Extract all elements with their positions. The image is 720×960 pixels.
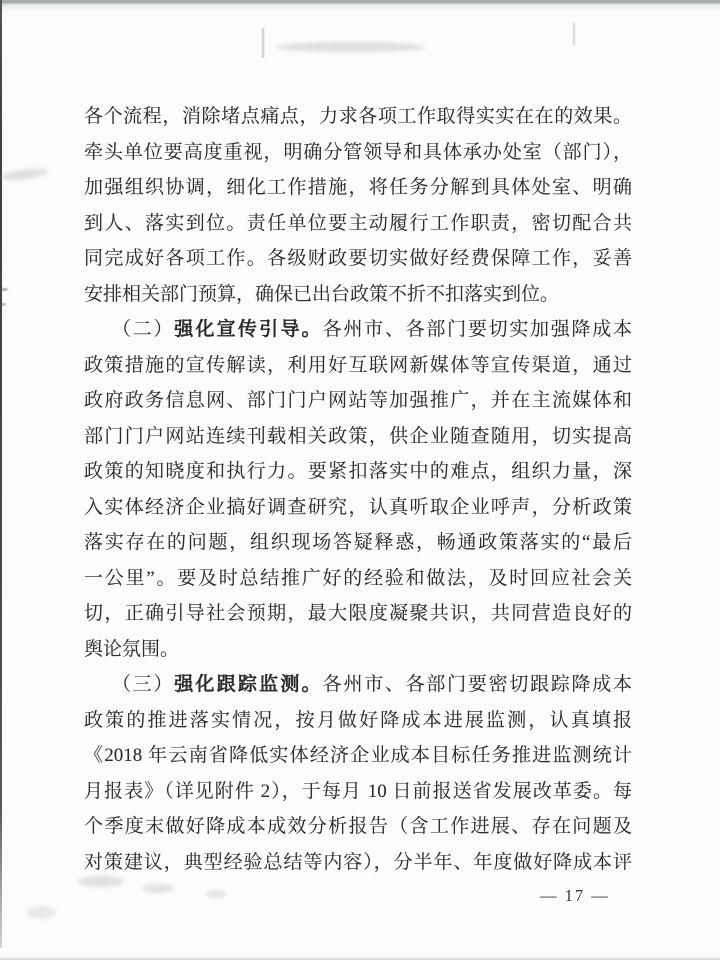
- text-segment: 月报表》（详见附件 2），于每月 10 日前报送省发展改革委。每: [84, 781, 632, 802]
- text-line: 加强组织协调，细化工作措施，将任务分解到具体处室、明确: [84, 170, 632, 206]
- text-segment: 部门门户网站连续刊载相关政策，供企业随查随用，切实提高: [84, 426, 632, 447]
- text-segment: 入实体经济企业搞好调查研究，认真听取企业呼声，分析政策: [84, 497, 632, 518]
- text-segment-bold: 强化宣传引导。: [174, 319, 323, 340]
- text-line: 政府政务信息网、部门门户网站等加强推广，并在主流媒体和: [84, 383, 632, 419]
- scan-smudge-bottom: [142, 884, 174, 893]
- text-segment: 《2018 年云南省降低实体经济企业成本目标任务推进监测统计: [84, 745, 632, 766]
- scan-artifact-bottom-edge: [0, 956, 720, 960]
- text-segment-bold: 强化跟踪监测。: [174, 674, 323, 695]
- text-segment: 安排相关部门预算，确保已出台政策不折不扣落实到位。: [84, 284, 559, 305]
- document-text-block: 各个流程，消除堵点痛点，力求各项工作取得实实在在的效果。牵头单位要高度重视，明确…: [84, 99, 632, 880]
- scan-smudge-top-hairline: [262, 28, 264, 58]
- text-segment: 落实存在的问题，组织现场答疑释惑，畅通政策落实的“最后: [84, 532, 632, 553]
- text-segment: 舆论氛围。: [84, 639, 179, 660]
- text-segment: 政府政务信息网、部门门户网站等加强推广，并在主流媒体和: [84, 390, 632, 411]
- text-line: 落实存在的问题，组织现场答疑释惑，畅通政策落实的“最后: [84, 525, 632, 561]
- text-segment: 加强组织协调，细化工作措施，将任务分解到具体处室、明确: [84, 177, 632, 198]
- text-segment: 各州市、各部门要密切跟踪降成本: [323, 674, 632, 695]
- scan-smudge-bottom: [26, 906, 56, 919]
- text-line: （二）强化宣传引导。各州市、各部门要切实加强降成本: [84, 312, 632, 348]
- text-line: 对策建议，典型经验总结等内容），分半年、年度做好降成本评: [84, 845, 632, 881]
- text-segment: 政策的推进落实情况，按月做好降成本进展监测，认真填报: [84, 710, 632, 731]
- text-line: 部门门户网站连续刊载相关政策，供企业随查随用，切实提高: [84, 419, 632, 455]
- text-line: 到人、落实到位。责任单位要主动履行工作职责，密切配合共: [84, 206, 632, 242]
- text-line: 切，正确引导社会预期，最大限度凝聚共识，共同营造良好的: [84, 596, 632, 632]
- scan-smudge-bottom: [206, 890, 226, 898]
- document-page: 各个流程，消除堵点痛点，力求各项工作取得实实在在的效果。牵头单位要高度重视，明确…: [0, 0, 720, 960]
- text-segment: 牵头单位要高度重视，明确分管领导和具体承办处室（部门），: [84, 142, 632, 163]
- scan-smudge-left-streak: [0, 167, 48, 182]
- text-segment: 对策建议，典型经验总结等内容），分半年、年度做好降成本评: [84, 852, 632, 873]
- text-segment: 同完成好各项工作。各级财政要切实做好经费保障工作，妥善: [84, 248, 632, 269]
- scan-artifact-top-edge: [0, 0, 720, 16]
- text-segment: 政策措施的宣传解读，利用好互联网新媒体等宣传渠道，通过: [84, 355, 632, 376]
- text-line: 月报表》（详见附件 2），于每月 10 日前报送省发展改革委。每: [84, 774, 632, 810]
- page-number: — 17 —: [540, 886, 610, 906]
- scan-smudge-left-mark: [0, 303, 6, 306]
- text-line: 同完成好各项工作。各级财政要切实做好经费保障工作，妥善: [84, 241, 632, 277]
- text-segment: 一公里”。要及时总结推广好的经验和做法，及时回应社会关: [84, 568, 632, 589]
- text-line: 《2018 年云南省降低实体经济企业成本目标任务推进监测统计: [84, 738, 632, 774]
- text-segment: 个季度末做好降成本成效分析报告（含工作进展、存在问题及: [84, 816, 632, 837]
- text-line: 政策的知晓度和执行力。要紧扣落实中的难点，组织力量，深: [84, 454, 632, 490]
- text-segment: （三）: [112, 674, 174, 695]
- scan-smudge-top-streak: [275, 42, 425, 52]
- text-segment: 政策的知晓度和执行力。要紧扣落实中的难点，组织力量，深: [84, 461, 632, 482]
- text-line: 政策的推进落实情况，按月做好降成本进展监测，认真填报: [84, 703, 632, 739]
- text-line: 一公里”。要及时总结推广好的经验和做法，及时回应社会关: [84, 561, 632, 597]
- text-line: 安排相关部门预算，确保已出台政策不折不扣落实到位。: [84, 277, 632, 313]
- scan-artifact-left-edge: [0, 0, 2, 948]
- text-segment: 各州市、各部门要切实加强降成本: [323, 319, 632, 340]
- text-line: 入实体经济企业搞好调查研究，认真听取企业呼声，分析政策: [84, 490, 632, 526]
- text-segment: （二）: [112, 319, 174, 340]
- text-line: 政策措施的宣传解读，利用好互联网新媒体等宣传渠道，通过: [84, 348, 632, 384]
- text-line: 各个流程，消除堵点痛点，力求各项工作取得实实在在的效果。: [84, 99, 632, 135]
- text-segment: 到人、落实到位。责任单位要主动履行工作职责，密切配合共: [84, 213, 632, 234]
- text-line: 牵头单位要高度重视，明确分管领导和具体承办处室（部门），: [84, 135, 632, 171]
- text-line: 个季度末做好降成本成效分析报告（含工作进展、存在问题及: [84, 809, 632, 845]
- text-line: 舆论氛围。: [84, 632, 632, 668]
- text-segment: 切，正确引导社会预期，最大限度凝聚共识，共同营造良好的: [84, 603, 632, 624]
- text-line: （三）强化跟踪监测。各州市、各部门要密切跟踪降成本: [84, 667, 632, 703]
- text-segment: 各个流程，消除堵点痛点，力求各项工作取得实实在在的效果。: [84, 106, 632, 127]
- scan-smudge-left-mark: [0, 288, 8, 291]
- scan-smudge-top-tick: [573, 22, 575, 46]
